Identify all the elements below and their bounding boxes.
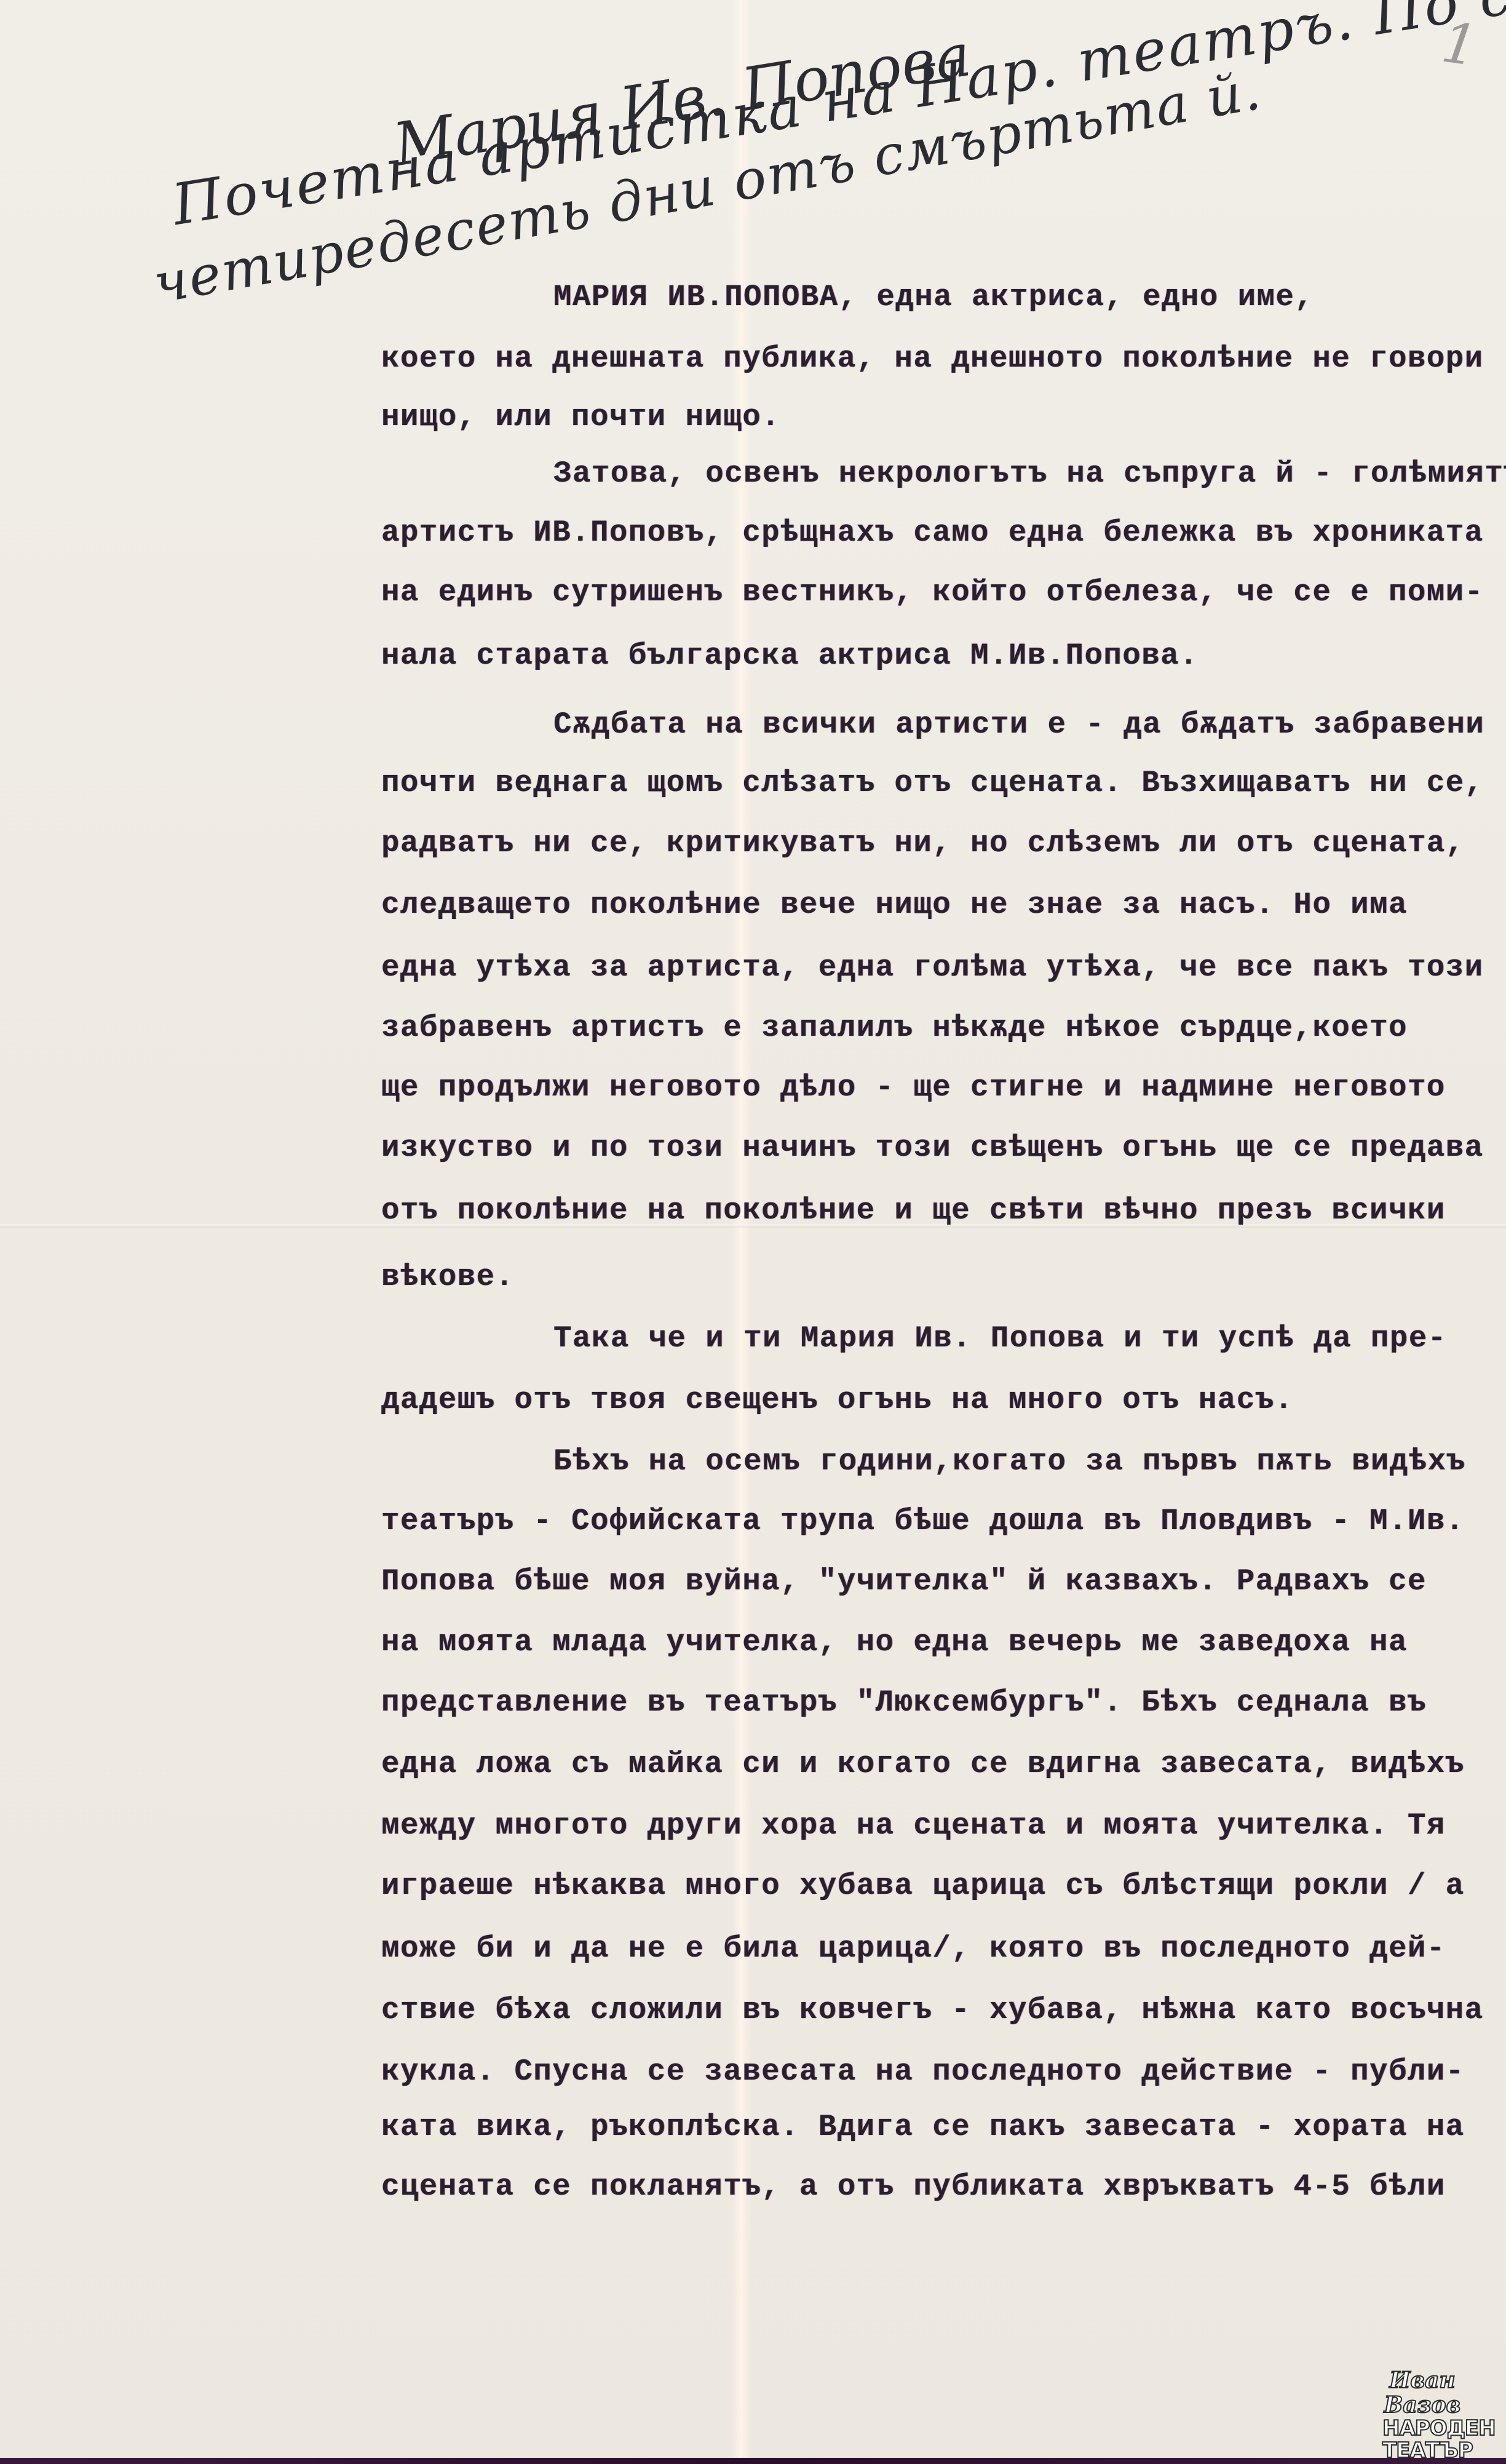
- typed-line: сцената се покланятъ, а отъ публиката хв…: [381, 2169, 1464, 2204]
- typed-line: една утѣха за артиста, една голѣма утѣха…: [381, 950, 1464, 985]
- typed-line: следващето поколѣние вече нищо не знае з…: [381, 888, 1464, 922]
- typed-line: радватъ ни се, критикуватъ ни, но слѣзем…: [381, 826, 1464, 860]
- typed-line: Така че и ти Мария Ив. Попова и ти успѣ …: [553, 1321, 1506, 1356]
- typed-line: артистъ ИВ.Поповъ, срѣщнахъ само една бе…: [381, 515, 1464, 550]
- typed-line: представление въ театъръ "Люксембургъ". …: [381, 1685, 1464, 1720]
- typed-line: ствие бѣха сложили въ ковчегъ - хубава, …: [381, 1993, 1464, 2027]
- scan-edge: [0, 2458, 1506, 2464]
- national-theatre-logo: Иван Вазов НАРОДЕН ТЕАТЪР: [1382, 2368, 1462, 2462]
- typed-line: изкуство и по този начинъ този свѣщенъ о…: [381, 1131, 1464, 1165]
- typed-line: играеше нѣкаква много хубава царица съ б…: [381, 1869, 1464, 1903]
- typed-line: почти веднага щомъ слѣзатъ отъ сцената. …: [381, 766, 1464, 800]
- logo-script: Иван Вазов: [1382, 2368, 1462, 2417]
- logo-line-1: НАРОДЕН: [1382, 2417, 1462, 2439]
- typed-line: Затова, освенъ некрологътъ на съпруга й …: [553, 456, 1506, 491]
- typed-line: отъ поколѣние на поколѣние и ще свѣти вѣ…: [381, 1193, 1464, 1228]
- typed-line: на моята млада учителка, но една вечерь …: [381, 1625, 1464, 1659]
- typed-line: театъръ - Софийската трупа бѣше дошла въ…: [381, 1504, 1464, 1538]
- typed-line: Сѫдбата на всички артисти е - да бѫдатъ …: [553, 707, 1506, 742]
- typed-line: забравенъ артистъ е запалилъ нѣкѫде нѣко…: [381, 1011, 1464, 1045]
- typed-line: може би и да не е била царица/, която въ…: [381, 1931, 1464, 1966]
- typed-line: между многото други хора на сцената и мо…: [381, 1808, 1464, 1843]
- typed-line: нищо, или почти нищо.: [381, 400, 1464, 434]
- typed-line: на единъ сутришенъ вестникъ, който отбел…: [381, 575, 1464, 610]
- typed-line: МАРИЯ ИВ.ПОПОВА, една актриса, едно име,: [553, 280, 1506, 314]
- typed-line: което на днешната публика, на днешното п…: [381, 341, 1464, 376]
- typed-line: нала старата българска актриса М.Ив.Попо…: [381, 638, 1464, 673]
- typed-line: Бѣхъ на осемъ години,когато за първъ пѫт…: [553, 1444, 1506, 1479]
- typed-line: една ложа съ майка си и когато се вдигна…: [381, 1747, 1464, 1781]
- typed-line: ката вика, ръкоплѣска. Вдига се пакъ зав…: [381, 2110, 1464, 2144]
- typed-line: Попова бѣше моя вуйна, "учителка" й казв…: [381, 1564, 1464, 1599]
- typed-line: ще продължи неговото дѣло - ще стигне и …: [381, 1070, 1464, 1105]
- typed-line: дадешъ отъ твоя свещенъ огънь на много о…: [381, 1383, 1464, 1417]
- typed-line: кукла. Спусна се завесата на последното …: [381, 2054, 1464, 2089]
- typed-line: вѣкове.: [381, 1260, 1464, 1294]
